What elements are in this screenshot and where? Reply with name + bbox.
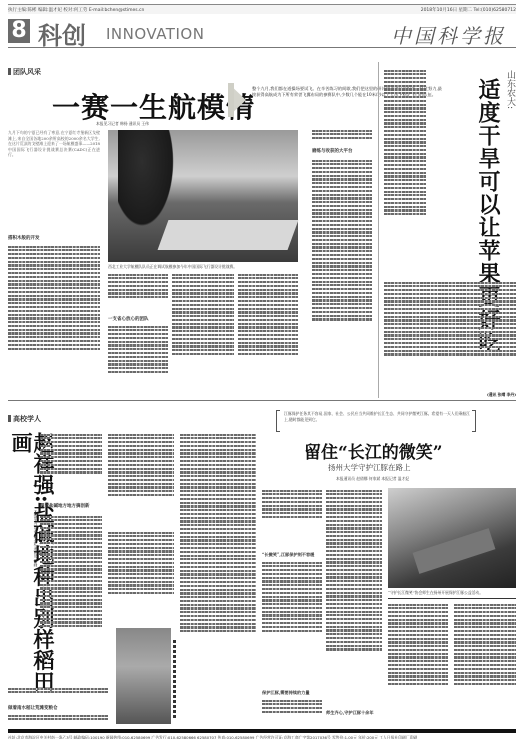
- photo-plane-shape: [158, 220, 299, 250]
- scholar-photo: [116, 628, 171, 724]
- scholar-photo-caption-vertical: [173, 640, 176, 720]
- scholar-col-2b: [108, 530, 174, 625]
- section-title-cn: 科创: [38, 16, 86, 51]
- subhead-3: 一支省心放心的团队: [108, 316, 149, 322]
- apple-col-2: [384, 280, 516, 390]
- quote-bracket-left: [276, 410, 280, 432]
- column-divider: [378, 62, 379, 398]
- yangtze-subtitle: 扬州大学守护江豚在路上: [328, 462, 411, 473]
- yangtze-byline: 本报通讯员 赵倩娜 何家斌 本报记者 温才妃: [336, 476, 409, 482]
- scholar-col-3: [180, 432, 256, 722]
- quote-bracket-right: [472, 410, 476, 432]
- newspaper-logo: 中国科学报: [391, 20, 506, 49]
- photo-banner-shape: [413, 528, 496, 574]
- scholar-byline: 本报见习记者 温才妃 通讯员 杨峰: [34, 510, 39, 590]
- yangtze-subhead-3: 师生齐心,守护江豚十余年: [326, 710, 374, 716]
- arrow-stem: [228, 83, 234, 117]
- yangtze-col-2: [326, 488, 382, 724]
- apple-kicker: 山东农大:: [504, 70, 517, 109]
- yangtze-col-1b: [262, 560, 322, 664]
- editors-line: 执行主编:陈彬 编辑:温才妃 校对:何工劳 E-mail:bchen@stime…: [8, 7, 144, 14]
- scholar-col-1b: [40, 514, 102, 684]
- subhead-2: 磨练与收获的大平台: [312, 148, 353, 154]
- yangtze-photo-caption: “守护长江微笑”协会师生在扬州开展保护江豚公益活动。: [388, 590, 516, 596]
- scholar-col-1c: [8, 686, 108, 698]
- header-bar: 执行主编:陈彬 编辑:温才妃 校对:何工劳 E-mail:bchen@stime…: [8, 4, 516, 14]
- yangtze-col-1c: [262, 698, 322, 724]
- page-number: 8: [8, 19, 30, 43]
- byline-main: 本报见习记者 韩扬 通讯员 王伟: [96, 121, 149, 127]
- scholar-col-2: [108, 432, 174, 528]
- body-col-4: [238, 272, 298, 396]
- date-line: 2018年10月16日 星期二 Tel:(010)62580712: [421, 7, 516, 14]
- kicker-scholar: 高校学人: [8, 414, 41, 424]
- body-col-3: [172, 272, 234, 396]
- subhead-1: 搭积木般的开发: [8, 235, 40, 241]
- scholar-col-1d: [8, 713, 108, 725]
- apple-reporter: (通讯 张晴 李丹): [487, 392, 516, 398]
- section-title-en: INNOVATION: [106, 25, 204, 43]
- yangtze-subhead-1: “长微笑”,江豚保护刻不容缓: [262, 552, 314, 558]
- masthead: 8 科创 INNOVATION 中国科学报: [8, 16, 516, 48]
- section-divider: [8, 400, 516, 401]
- yangtze-subhead-2: 保护江豚,需要持续的力量: [262, 690, 310, 696]
- headline-main: 一赛一生航模情: [52, 86, 255, 126]
- scholar-subhead-1: 跟着盐碱地方地方搞创新: [40, 503, 90, 509]
- scholar-subhead-2: 做着南水稻让荒滩变粮仓: [8, 705, 58, 711]
- body-col-2b: [108, 324, 168, 396]
- yangtze-col-4: [454, 602, 516, 724]
- yangtze-photo: [388, 488, 516, 588]
- footer-info: 社址:北京市海淀区中关村南一条乙3号 邮政编码:100190 新闻热线:010-…: [8, 729, 516, 739]
- body-col-2a: [108, 272, 168, 312]
- yangtze-headline: 留住“长江的微笑”: [304, 438, 443, 463]
- scholar-col-1a: [40, 432, 102, 494]
- pull-quote: 江豚保护任务其不容易,国家、社会、公民应当共同维护长江生态、共同守护微笑江豚。希…: [284, 411, 470, 429]
- yangtze-col-3: [388, 602, 448, 724]
- caption-rule: [388, 598, 516, 599]
- body-col-1: [8, 244, 100, 396]
- kicker-team: 团队风采: [8, 67, 41, 77]
- rc-plane-photo: [108, 130, 298, 262]
- body-col-5a: [312, 128, 372, 148]
- apple-col-1: [384, 68, 426, 278]
- yangtze-col-1a: [262, 488, 322, 536]
- intro-paragraph: 九月下旬的宁夏已经有了寒意,在宁夏红寺堡新区戈壁滩上,来自全国各地200余所高校…: [8, 130, 100, 230]
- body-col-5b: [312, 158, 372, 396]
- photo-caption-main: 西北工业大学航模队队员正在调试航模参加今年中国国际飞行器设计挑战赛。: [108, 264, 298, 270]
